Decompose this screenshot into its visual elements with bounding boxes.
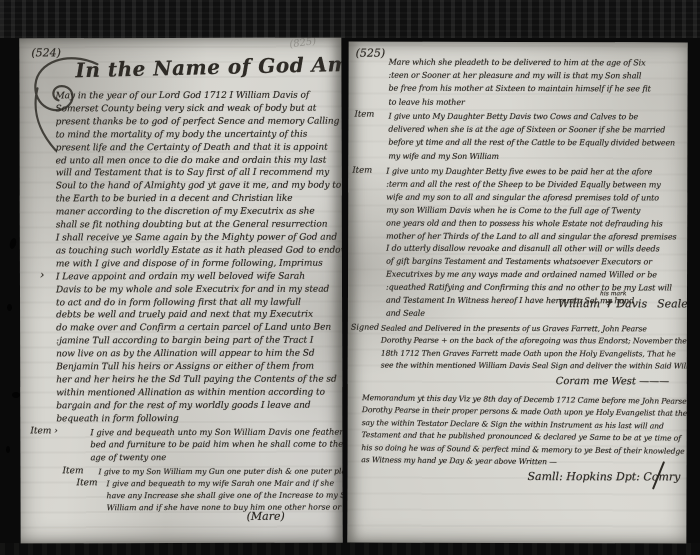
manuscript-line: I give unto my Daughter Betty five ewes … — [386, 166, 676, 180]
bequest-item-1-text: I give and bequeath unto my Son William … — [90, 426, 342, 464]
manuscript-line: age of twenty one — [90, 450, 342, 463]
document-heading-row: In the Name of God Amenthe 30 Day of — [75, 49, 342, 82]
faint-pencil-page-number: (825) — [289, 38, 317, 51]
manuscript-line: debts be well and truely paid and next t… — [56, 309, 343, 323]
his-mark-note: his mark — [600, 290, 627, 297]
manuscript-page-left: (524) (825) In the Name of God Amenthe 3… — [19, 38, 342, 544]
coram-me-line: Coram me West ——— — [556, 376, 669, 387]
manuscript-line: May in the year of our Lord God 1712 I W… — [55, 90, 342, 104]
manuscript-line: me with I give and dispose of in forme f… — [56, 257, 343, 271]
attestation-block: Signed Sealed and Delivered in the prese… — [351, 323, 688, 374]
manuscript-line: :queathed Ratifying and Confirming this … — [386, 282, 676, 296]
manuscript-line: :jamine Tull according to bargin being p… — [56, 335, 343, 349]
manuscript-line: Somerset County being very sick and weak… — [56, 102, 343, 116]
manuscript-line: as touching such worldly Estate as it ha… — [56, 244, 343, 258]
manuscript-line: Executrixes by me any ways made and orda… — [386, 269, 676, 283]
manuscript-line: shall se fit nothing doubting but at the… — [56, 219, 343, 233]
manuscript-line: I give to my Son William my Gun one pute… — [98, 466, 342, 479]
manuscript-line: I give and bequeath unto my Son William … — [90, 426, 342, 439]
bequest-item-2-text: I give to my Son William my Gun one pute… — [98, 466, 342, 479]
page-number-right: (525) — [356, 47, 386, 60]
manuscript-line: I shall receive ye Same again by the Mig… — [56, 232, 343, 246]
manuscript-line: I Leave appoint and ordain my well belov… — [56, 270, 343, 284]
manuscript-line: before yt time and all the rest of the C… — [388, 136, 675, 150]
manuscript-line: bargain and for the rest of my worldly g… — [56, 399, 342, 413]
ink-blot — [6, 446, 10, 453]
microfilm-scan: (524) (825) In the Name of God Amenthe 3… — [0, 0, 700, 555]
manuscript-line: one years old and then to possess his wh… — [386, 217, 676, 231]
manuscript-line: Davis to be my whole and sole Executrix … — [56, 283, 343, 297]
manuscript-line: do make over and Confirm a certain parce… — [56, 322, 343, 336]
manuscript-line: bed and furniture to be paid him when he… — [90, 438, 342, 451]
manuscript-line: Benjamin Tull his heirs or Assigns or ei… — [56, 361, 342, 375]
manuscript-line: 18th 1712 Then Graves Farrett made Oath … — [381, 347, 688, 360]
manuscript-line: maner according to the discretion of my … — [56, 206, 343, 220]
manuscript-line: mother of her Thirds of the Land to all … — [386, 230, 676, 244]
manuscript-line: bequeath in form following — [56, 412, 342, 426]
bequest-item-betty-cattle: Item I give unto My Daughter Betty Davis… — [354, 110, 675, 164]
margin-item-label: Item — [62, 466, 98, 476]
testator-signature-row: William ✝ DavisSeale — [558, 297, 688, 310]
manuscript-line: to act and do in form following first th… — [56, 296, 343, 310]
manuscript-line: Sealed and Delivered in the presents of … — [381, 323, 688, 336]
manuscript-line: will and Testament that is to Say first … — [56, 167, 343, 181]
manuscript-line: the Earth to be buried in a decent and C… — [56, 193, 343, 207]
ink-blot — [12, 392, 20, 398]
manuscript-line: have any Increase she shall give one of … — [107, 490, 343, 503]
manuscript-line: delivered when she is at the age of Sixt… — [388, 123, 675, 137]
margin-signed-label: Signed — [351, 323, 381, 332]
margin-caret-mark: › — [40, 268, 44, 281]
ink-blot — [9, 237, 18, 249]
bequest-item-3-text: I give and bequeath to my wife Sarah one… — [106, 478, 342, 515]
manuscript-page-right: (525) Mare which she pleadeth to be deli… — [347, 42, 687, 544]
manuscript-line: I give and bequeath to my wife Sarah one… — [106, 478, 342, 491]
manuscript-line: Soul to the hand of Almighty god yt gave… — [56, 180, 343, 194]
bequest-item-3: Item I give and bequeath to my wife Sara… — [76, 478, 342, 515]
margin-item-label: Item — [352, 166, 386, 176]
manuscript-line: ed unto all men once to die do make and … — [56, 154, 343, 168]
margin-item-label: Item › — [30, 426, 90, 436]
manuscript-line: :teen or Sooner at her pleasure and my w… — [389, 69, 651, 83]
bequest-item-2: Item I give to my Son William my Gun one… — [62, 466, 342, 479]
manuscript-line: William and if she have none to buy him … — [107, 502, 343, 515]
manuscript-line: my wife and my Son William — [388, 149, 675, 163]
manuscript-line: present life and the Certainty of Death … — [56, 141, 343, 155]
margin-item-label: Item — [354, 110, 388, 120]
seal-word: Seale — [657, 297, 688, 310]
manuscript-line: now live on as by the Allination will ap… — [56, 348, 343, 362]
memorandum-text: Memorandum yt this day Viz ye 8th day of… — [361, 392, 687, 470]
manuscript-line: see the within mentioned William Davis S… — [381, 360, 688, 373]
manuscript-line: to mind the mortality of my body the unc… — [56, 128, 343, 142]
manuscript-line: Mare which she pleadeth to be delivered … — [389, 56, 651, 70]
testator-signature: William ✝ Davis — [558, 297, 647, 310]
catchword: (Mare) — [247, 510, 285, 523]
document-heading: In the Name of God Amen — [75, 51, 342, 82]
margin-item-label: Item — [76, 478, 106, 488]
manuscript-line: be free from his mother at Sixteen to ma… — [389, 82, 651, 96]
bequest-item-1: Item › I give and bequeath unto my Son W… — [30, 426, 342, 464]
manuscript-line: Dorothy Pearse + on the back of the afor… — [381, 335, 688, 348]
film-grain-bottom — [0, 543, 700, 555]
film-grain-top — [0, 0, 700, 38]
manuscript-line: my son William Davis when he is Come to … — [386, 204, 676, 218]
manuscript-line: within mentioned Allination as within me… — [56, 386, 342, 400]
attestation-text: Sealed and Delivered in the presents of … — [381, 323, 688, 373]
right-page-opening-text: Mare which she pleadeth to be delivered … — [388, 56, 650, 109]
left-page-body-text: May in the year of our Lord God 1712 I W… — [55, 90, 342, 426]
manuscript-line: I do utterly disallow revoake and disanu… — [386, 243, 676, 257]
ink-blot — [7, 304, 12, 311]
manuscript-line: to leave his mother — [388, 95, 650, 109]
manuscript-line: wife and my son to all and singular the … — [386, 191, 676, 205]
manuscript-line: present thanks be to god of perfect Senc… — [56, 115, 343, 129]
manuscript-line: of gift bargins Testament and Testaments… — [386, 256, 676, 270]
manuscript-line: I give unto My Daughter Betty Davis two … — [388, 110, 675, 124]
bequest-item-betty-cattle-text: I give unto My Daughter Betty Davis two … — [388, 110, 675, 164]
manuscript-line: her and her heirs he the Sd Tull paying … — [56, 373, 342, 387]
manuscript-line: :term and all the rest of the Sheep to b… — [386, 179, 676, 193]
